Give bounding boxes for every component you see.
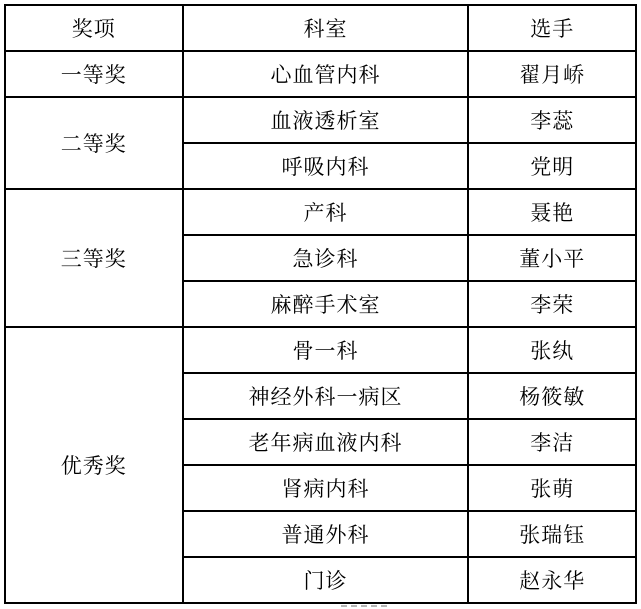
award-cell: 二等奖 bbox=[5, 97, 183, 189]
player-cell: 张萌 bbox=[468, 465, 636, 511]
dept-cell: 呼吸内科 bbox=[183, 143, 469, 189]
dept-cell: 血液透析室 bbox=[183, 97, 469, 143]
dept-cell: 麻醉手术室 bbox=[183, 281, 469, 327]
player-cell: 聂艳 bbox=[468, 189, 636, 235]
dept-cell: 神经外科一病区 bbox=[183, 373, 469, 419]
player-cell: 翟月峤 bbox=[468, 51, 636, 97]
award-results-table: 奖项 科室 选手 一等奖 心血管内科 翟月峤 二等奖 血液透析室 李蕊 呼吸内科… bbox=[4, 4, 637, 604]
player-cell: 李蕊 bbox=[468, 97, 636, 143]
award-cell: 一等奖 bbox=[5, 51, 183, 97]
scan-artifact-mark bbox=[341, 605, 387, 607]
player-cell: 李荣 bbox=[468, 281, 636, 327]
dept-cell: 老年病血液内科 bbox=[183, 419, 469, 465]
award-cell: 三等奖 bbox=[5, 189, 183, 327]
dept-cell: 门诊 bbox=[183, 557, 469, 603]
player-cell: 党明 bbox=[468, 143, 636, 189]
table-row: 优秀奖 骨一科 张纨 bbox=[5, 327, 636, 373]
table-row: 一等奖 心血管内科 翟月峤 bbox=[5, 51, 636, 97]
dept-cell: 心血管内科 bbox=[183, 51, 469, 97]
award-cell: 优秀奖 bbox=[5, 327, 183, 603]
header-cell-dept: 科室 bbox=[183, 5, 469, 51]
player-cell: 张瑞钰 bbox=[468, 511, 636, 557]
player-cell: 赵永华 bbox=[468, 557, 636, 603]
player-cell: 张纨 bbox=[468, 327, 636, 373]
table-row: 三等奖 产科 聂艳 bbox=[5, 189, 636, 235]
table-header-row: 奖项 科室 选手 bbox=[5, 5, 636, 51]
dept-cell: 普通外科 bbox=[183, 511, 469, 557]
player-cell: 董小平 bbox=[468, 235, 636, 281]
header-cell-player: 选手 bbox=[468, 5, 636, 51]
table-row: 二等奖 血液透析室 李蕊 bbox=[5, 97, 636, 143]
player-cell: 李洁 bbox=[468, 419, 636, 465]
dept-cell: 产科 bbox=[183, 189, 469, 235]
dept-cell: 肾病内科 bbox=[183, 465, 469, 511]
header-cell-award: 奖项 bbox=[5, 5, 183, 51]
dept-cell: 急诊科 bbox=[183, 235, 469, 281]
player-cell: 杨筱敏 bbox=[468, 373, 636, 419]
dept-cell: 骨一科 bbox=[183, 327, 469, 373]
